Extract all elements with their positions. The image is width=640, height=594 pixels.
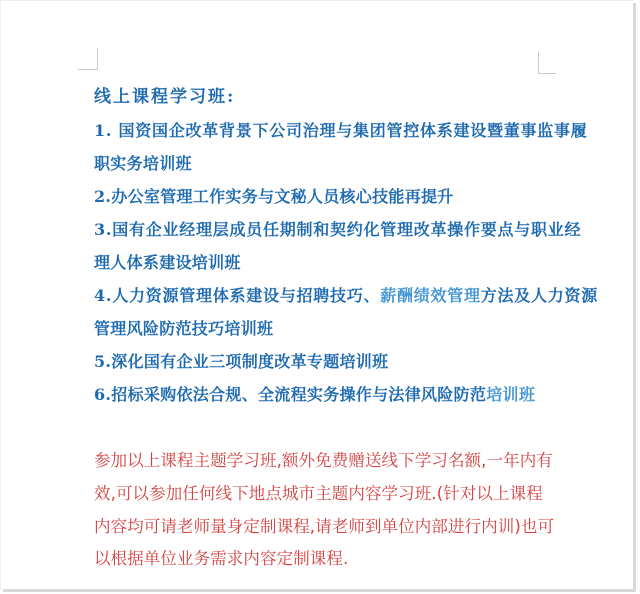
document-page: 线上课程学习班: 1. 国资国企改革背景下公司治理与集团管控体系建设暨董事监事履… [0,0,633,590]
text-boundary-cropmark-top-right-icon [538,52,556,74]
promo-line-3: 内容均可请老师量身定制课程,请老师到单位内部进行内训)也可 [94,511,554,544]
course-line-1b: 职实务培训班 [94,147,598,180]
page-bottom-edge [3,589,636,592]
course-line-1a: 1. 国资国企改革背景下公司治理与集团管控体系建设暨董事监事履 [94,114,598,147]
course-line-4a-segment-end: 方法及人力资源 [481,286,598,305]
page-right-edge [633,3,636,592]
course-line-5: 5.深化国有企业三项制度改革专题培训班 [94,345,598,378]
promo-line-4: 以根据单位业务需求内容定制课程. [94,543,554,576]
course-line-4a-segment: 4.人力资源管理体系建设与招聘技巧、 [94,286,380,305]
course-line-3a: 3.国有企业经理层成员任期制和契约化管理改革操作要点与职业经 [94,213,598,246]
course-line-4a-highlight-segment: 薪酬绩效管理 [380,286,481,305]
promo-line-2: 效,可以参加任何线下地点城市主题内容学习班.(针对以上课程 [94,478,554,511]
course-line-6-segment: 6.招标采购依法合规、全流程实务操作与法律风险防范 [94,385,486,404]
course-line-4b: 管理风险防范技巧培训班 [94,312,598,345]
course-line-3b: 理人体系建设培训班 [94,246,598,279]
course-line-6: 6.招标采购依法合规、全流程实务操作与法律风险防范培训班 [94,378,598,411]
course-line-6-highlight-segment: 培训班 [486,385,535,404]
promo-paragraph: 参加以上课程主题学习班,额外免费赠送线下学习名额,一年内有 效,可以参加任何线下… [94,445,554,576]
course-line-4a: 4.人力资源管理体系建设与招聘技巧、薪酬绩效管理方法及人力资源 [94,279,598,312]
promo-line-1: 参加以上课程主题学习班,额外免费赠送线下学习名额,一年内有 [94,445,554,478]
section-heading: 线上课程学习班: [94,81,598,114]
text-boundary-cropmark-top-left-icon [78,48,98,70]
course-line-2: 2.办公室管理工作实务与文秘人员核心技能再提升 [94,180,598,213]
online-course-list: 线上课程学习班: 1. 国资国企改革背景下公司治理与集团管控体系建设暨董事监事履… [94,81,598,411]
